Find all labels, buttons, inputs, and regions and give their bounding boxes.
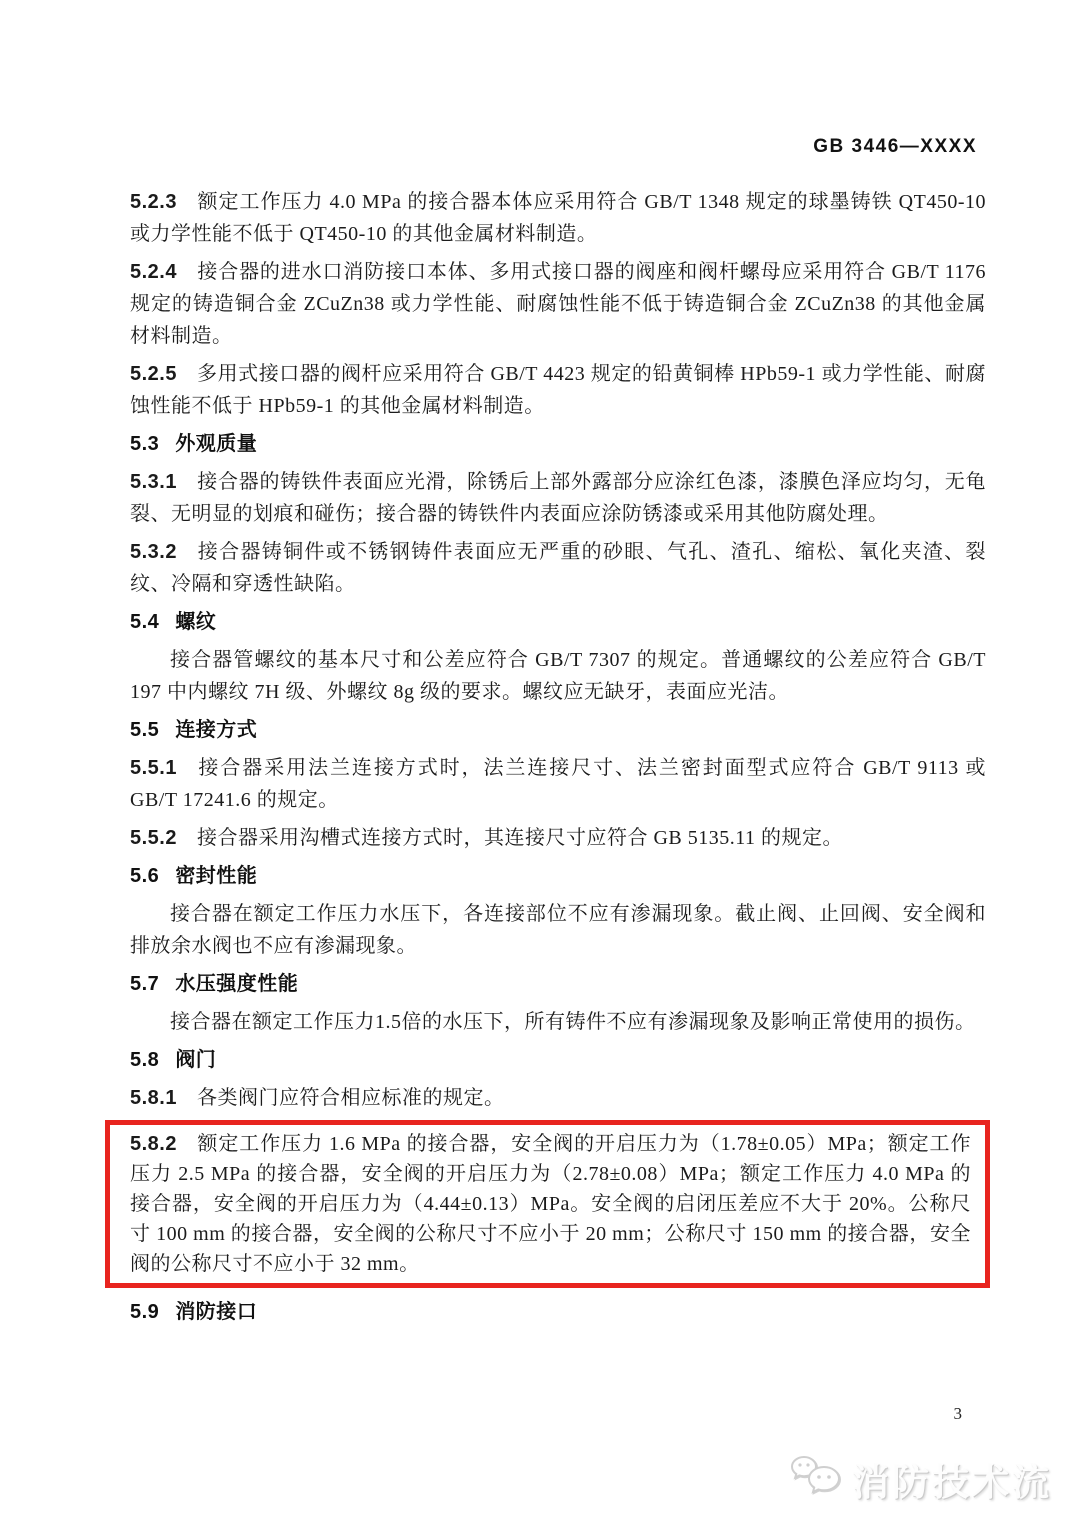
document-page: GB 3446—XXXX 5.2.3额定工作压力 4.0 MPa 的接合器本体应…	[0, 0, 1080, 1527]
section-title: 水压强度性能	[175, 973, 298, 995]
highlight-box: 5.8.2额定工作压力 1.6 MPa 的接合器，安全阀的开启压力为（1.78±…	[105, 1120, 990, 1288]
clause-paragraph: 5.2.3额定工作压力 4.0 MPa 的接合器本体应采用符合 GB/T 134…	[130, 186, 986, 250]
section-title: 阀门	[175, 1049, 216, 1071]
clause-number: 5.7	[130, 973, 175, 995]
clause-text: 接合器采用法兰连接方式时，法兰连接尺寸、法兰密封面型式应符合 GB/T 9113…	[130, 757, 986, 811]
watermark-text: 消防技术流	[852, 1452, 1052, 1506]
document-code-header: GB 3446—XXXX	[813, 136, 977, 158]
section-title: 连接方式	[175, 719, 257, 741]
clause-number: 5.6	[130, 865, 175, 887]
clause-number: 5.3.1	[130, 471, 197, 493]
body-paragraph: 接合器在额定工作压力1.5倍的水压下，所有铸件不应有渗漏现象及影响正常使用的损伤…	[130, 1006, 986, 1038]
clause-text: 接合器铸铜件或不锈钢铸件表面应无严重的砂眼、气孔、渣孔、缩松、氧化夹渣、裂纹、冷…	[130, 541, 986, 595]
clause-number: 5.2.4	[130, 261, 197, 283]
wechat-icon	[790, 1455, 844, 1503]
clause-number: 5.8	[130, 1049, 175, 1071]
section-heading: 5.3外观质量	[130, 428, 986, 460]
section-title: 螺纹	[175, 611, 216, 633]
clause-number: 5.8.2	[130, 1133, 197, 1155]
clause-paragraph: 5.3.1接合器的铸铁件表面应光滑，除锈后上部外露部分应涂红色漆，漆膜色泽应均匀…	[130, 466, 986, 530]
clause-text: 各类阀门应符合相应标准的规定。	[197, 1087, 505, 1109]
clause-number: 5.3	[130, 433, 175, 455]
clause-paragraph: 5.2.5多用式接口器的阀杆应采用符合 GB/T 4423 规定的铅黄铜棒 HP…	[130, 358, 986, 422]
clause-number: 5.8.1	[130, 1087, 197, 1109]
document-body: 5.2.3额定工作压力 4.0 MPa 的接合器本体应采用符合 GB/T 134…	[130, 186, 986, 1334]
clause-number: 5.9	[130, 1301, 175, 1323]
section-heading: 5.8阀门	[130, 1044, 986, 1076]
clause-text: 额定工作压力 1.6 MPa 的接合器，安全阀的开启压力为（1.78±0.05）…	[130, 1133, 971, 1275]
clause-number: 5.5.2	[130, 827, 197, 849]
clause-number: 5.2.3	[130, 191, 197, 213]
clause-text: 接合器的进水口消防接口本体、多用式接口器的阀座和阀杆螺母应采用符合 GB/T 1…	[130, 261, 986, 347]
section-heading: 5.9消防接口	[130, 1296, 986, 1328]
clause-paragraph: 5.8.2额定工作压力 1.6 MPa 的接合器，安全阀的开启压力为（1.78±…	[130, 1129, 971, 1279]
clause-text: 接合器采用沟槽式连接方式时，其连接尺寸应符合 GB 5135.11 的规定。	[197, 827, 843, 849]
page-number: 3	[954, 1404, 963, 1424]
section-heading: 5.6密封性能	[130, 860, 986, 892]
clause-text: 接合器的铸铁件表面应光滑，除锈后上部外露部分应涂红色漆，漆膜色泽应均匀，无龟裂、…	[130, 471, 986, 525]
section-title: 密封性能	[175, 865, 257, 887]
clause-paragraph: 5.5.1接合器采用法兰连接方式时，法兰连接尺寸、法兰密封面型式应符合 GB/T…	[130, 752, 986, 816]
clause-paragraph: 5.3.2接合器铸铜件或不锈钢铸件表面应无严重的砂眼、气孔、渣孔、缩松、氧化夹渣…	[130, 536, 986, 600]
section-heading: 5.7水压强度性能	[130, 968, 986, 1000]
body-paragraph: 接合器在额定工作压力水压下，各连接部位不应有渗漏现象。截止阀、止回阀、安全阀和排…	[130, 898, 986, 962]
section-title: 消防接口	[175, 1301, 257, 1323]
watermark: 消防技术流	[790, 1452, 1052, 1506]
clause-number: 5.3.2	[130, 541, 197, 563]
section-heading: 5.5连接方式	[130, 714, 986, 746]
clause-text: 接合器管螺纹的基本尺寸和公差应符合 GB/T 7307 的规定。普通螺纹的公差应…	[130, 649, 986, 703]
clause-number: 5.5.1	[130, 757, 197, 779]
clause-number: 5.5	[130, 719, 175, 741]
clause-paragraph: 5.8.1各类阀门应符合相应标准的规定。	[130, 1082, 986, 1114]
section-heading: 5.4螺纹	[130, 606, 986, 638]
clause-text: 接合器在额定工作压力水压下，各连接部位不应有渗漏现象。截止阀、止回阀、安全阀和排…	[130, 903, 986, 957]
body-paragraph: 接合器管螺纹的基本尺寸和公差应符合 GB/T 7307 的规定。普通螺纹的公差应…	[130, 644, 986, 708]
clause-text: 额定工作压力 4.0 MPa 的接合器本体应采用符合 GB/T 1348 规定的…	[130, 191, 986, 245]
clause-number: 5.4	[130, 611, 175, 633]
clause-paragraph: 5.2.4接合器的进水口消防接口本体、多用式接口器的阀座和阀杆螺母应采用符合 G…	[130, 256, 986, 352]
section-title: 外观质量	[175, 433, 257, 455]
clause-text: 多用式接口器的阀杆应采用符合 GB/T 4423 规定的铅黄铜棒 HPb59-1…	[130, 363, 986, 417]
clause-number: 5.2.5	[130, 363, 197, 385]
clause-text: 接合器在额定工作压力1.5倍的水压下，所有铸件不应有渗漏现象及影响正常使用的损伤…	[170, 1011, 976, 1033]
clause-paragraph: 5.5.2接合器采用沟槽式连接方式时，其连接尺寸应符合 GB 5135.11 的…	[130, 822, 986, 854]
